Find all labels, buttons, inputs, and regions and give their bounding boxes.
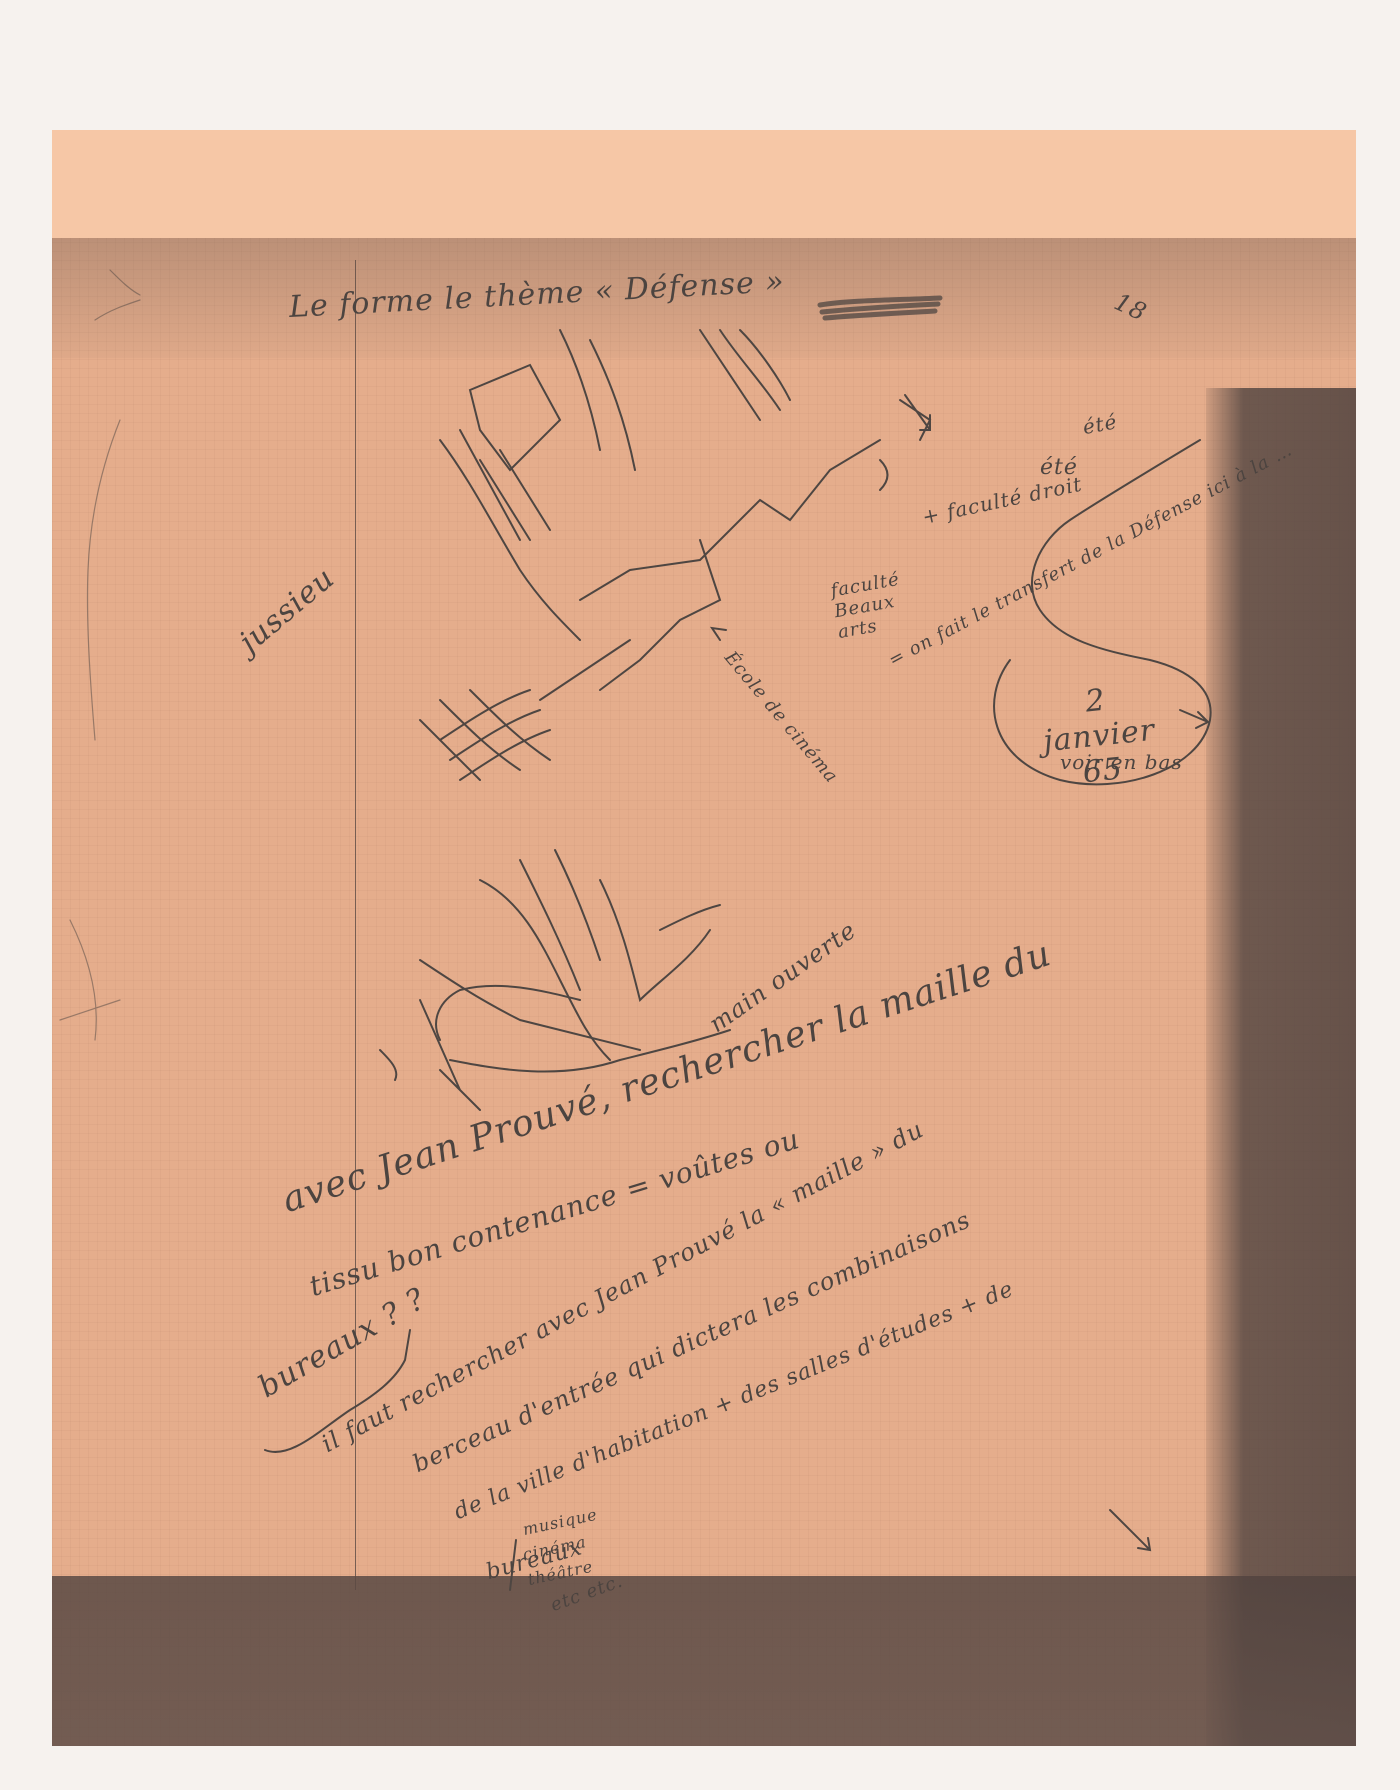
date-note: 2 janvier 65	[1029, 677, 1169, 795]
annotation-see-below: voir en bas	[1060, 750, 1183, 774]
arrow-icon-bottom-right	[1110, 1510, 1150, 1550]
underline-scribble	[820, 298, 940, 318]
arrow-icon-ecole	[712, 628, 726, 640]
arrow-icon-right	[1180, 710, 1208, 728]
arrow-icon-top	[905, 395, 930, 430]
